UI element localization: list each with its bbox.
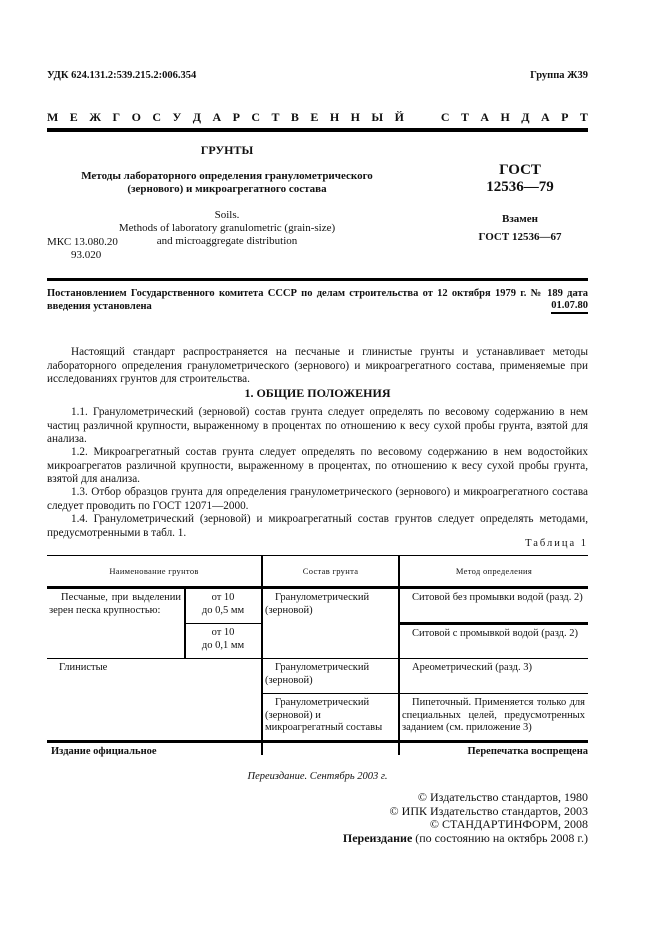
banner-letter: Н [351, 110, 360, 125]
cell-sandy-name: Песчаные, при выделении зерен песка круп… [47, 588, 185, 659]
intro-paragraph: Настоящий стандарт распространяется на п… [47, 346, 588, 387]
clause-1-1: 1.1. Гранулометрический (зерновой) соста… [47, 406, 588, 447]
banner-letter: Ы [371, 110, 383, 125]
cell-sandy-method-2: Ситовой с промывкой водой (разд. 2) [399, 624, 588, 659]
group-code: Группа Ж39 [530, 70, 588, 81]
replaces-block: Взамен ГОСТ 12536—67 [455, 210, 585, 246]
cell-sandy-range-1: от 10 до 0,5 мм [185, 588, 262, 624]
banner-letter: Р [233, 110, 240, 125]
banner-letter: Е [70, 110, 78, 125]
effective-date: 01.07.80 [551, 300, 588, 314]
banner-letter: О [132, 110, 141, 125]
clause-text: 1.2. Микроагрегатный состав грунта следу… [47, 446, 588, 485]
reissue-state-line: Переиздание (по состоянию на октябрь 200… [343, 832, 588, 846]
banner-gap [415, 110, 429, 125]
table-caption: Таблица 1 [525, 538, 588, 549]
banner-letter: Н [501, 110, 510, 125]
header-composition: Состав грунта [262, 556, 399, 588]
banner-letter: С [251, 110, 260, 125]
banner-letter: С [152, 110, 161, 125]
range-to: до 0,5 мм [188, 605, 258, 618]
banner-letter: Н [330, 110, 339, 125]
banner-letter: Д [193, 110, 201, 125]
mks-code: 93.020 [47, 249, 118, 262]
subtitle-line: (зернового) и микроагрегатного состава [47, 183, 407, 196]
reprint-prohibited: Перепечатка воспрещена [468, 746, 588, 757]
copyright-block: © Издательство стандартов, 1980 © ИПК Из… [343, 791, 588, 845]
replaces-value: ГОСТ 12536—67 [455, 228, 585, 246]
clause-text: 1.1. Гранулометрический (зерновой) соста… [47, 406, 588, 445]
cell-clay-composition-2: Гранулометрический (зерновой) и микроагр… [262, 694, 399, 756]
table-row: Песчаные, при выделении зерен песка круп… [47, 588, 588, 624]
banner-letter: С [441, 110, 450, 125]
footer-rule [47, 740, 588, 743]
decree-rule [47, 278, 588, 281]
subtitle-line: Методы лабораторного определения грануло… [47, 170, 407, 183]
mks-code: МКС 13.080.20 [47, 236, 118, 249]
table-header-row: Наименование грунтов Состав грунта Метод… [47, 556, 588, 588]
decree-text: Постановлением Государственного комитета… [47, 287, 588, 313]
banner-letter: Д [521, 110, 529, 125]
header-method: Метод определения [399, 556, 588, 588]
document-page: УДК 624.131.2:539.215.2:006.354 Группа Ж… [47, 0, 588, 936]
udk-code: УДК 624.131.2:539.215.2:006.354 [47, 70, 196, 81]
copyright-line: © СТАНДАРТИНФОРМ, 2008 [343, 818, 588, 832]
banner-letter: Г [113, 110, 121, 125]
banner-letter: А [480, 110, 489, 125]
banner-letter: Т [461, 110, 469, 125]
english-title-line: Methods of laboratory granulometric (gra… [47, 222, 407, 235]
copyright-line: © Издательство стандартов, 1980 [343, 791, 588, 805]
reissue-note: Переиздание. Сентябрь 2003 г. [47, 771, 588, 782]
interstate-standard-banner: М Е Ж Г О С У Д А Р С Т В Е Н Н Ы Й С Т … [47, 110, 588, 125]
section-heading: 1. ОБЩИЕ ПОЛОЖЕНИЯ [47, 386, 588, 401]
banner-letter: Й [395, 110, 404, 125]
clause-1-3: 1.3. Отбор образцов грунта для определен… [47, 486, 588, 513]
banner-letter: В [291, 110, 299, 125]
banner-letter: М [47, 110, 58, 125]
banner-letter: А [541, 110, 550, 125]
header-rule [47, 128, 588, 132]
cell-sandy-composition: Гранулометрический (зерновой) [262, 588, 399, 659]
gost-designation: ГОСТ 12536—79 [455, 162, 585, 196]
intro-text: Настоящий стандарт распространяется на п… [47, 346, 588, 385]
document-subtitle: Методы лабораторного определения грануло… [47, 170, 407, 196]
title-block: ГРУНТЫ Методы лабораторного определения … [47, 143, 407, 248]
mks-codes: МКС 13.080.20 93.020 [47, 236, 118, 262]
range-to: до 0,1 мм [188, 640, 258, 653]
banner-letter: Ж [89, 110, 101, 125]
clause-1-2: 1.2. Микроагрегатный состав грунта следу… [47, 446, 588, 487]
cell-sandy-range-2: от 10 до 0,1 мм [185, 624, 262, 659]
gost-label: ГОСТ [455, 162, 585, 179]
cell-sandy-method-1: Ситовой без промывки водой (разд. 2) [399, 588, 588, 624]
cell-clay-composition-1: Гранулометрический (зерновой) [262, 659, 399, 694]
banner-letter: У [173, 110, 182, 125]
official-edition: Издание официальное [51, 746, 157, 757]
copyright-line: © ИПК Издательство стандартов, 2003 [343, 805, 588, 819]
banner-letter: Е [310, 110, 318, 125]
clause-text: 1.4. Гранулометрический (зерновой) и мик… [47, 513, 588, 539]
header-soil-name: Наименование грунтов [47, 556, 262, 588]
reissue-state: (по состоянию на октябрь 2008 г.) [412, 831, 588, 845]
range-from: от 10 [188, 627, 258, 640]
range-from: от 10 [188, 592, 258, 605]
clause-text: 1.3. Отбор образцов грунта для определен… [47, 486, 588, 512]
english-title-line: Soils. [47, 209, 407, 222]
gost-number: 12536—79 [455, 179, 585, 196]
banner-letter: Т [580, 110, 588, 125]
table-row: Глинистые Гранулометрический (зерновой) … [47, 659, 588, 694]
replaces-label: Взамен [455, 210, 585, 228]
decree-statement: Постановлением Государственного комитета… [47, 288, 588, 312]
banner-letter: А [212, 110, 221, 125]
reissue-label: Переиздание [343, 831, 412, 845]
banner-letter: Р [561, 110, 568, 125]
document-title: ГРУНТЫ [47, 143, 407, 158]
clause-1-4: 1.4. Гранулометрический (зерновой) и мик… [47, 513, 588, 540]
cell-clay-method-1: Ареометрический (разд. 3) [399, 659, 588, 694]
methods-table: Наименование грунтов Состав грунта Метод… [47, 555, 588, 755]
banner-letter: Т [271, 110, 279, 125]
